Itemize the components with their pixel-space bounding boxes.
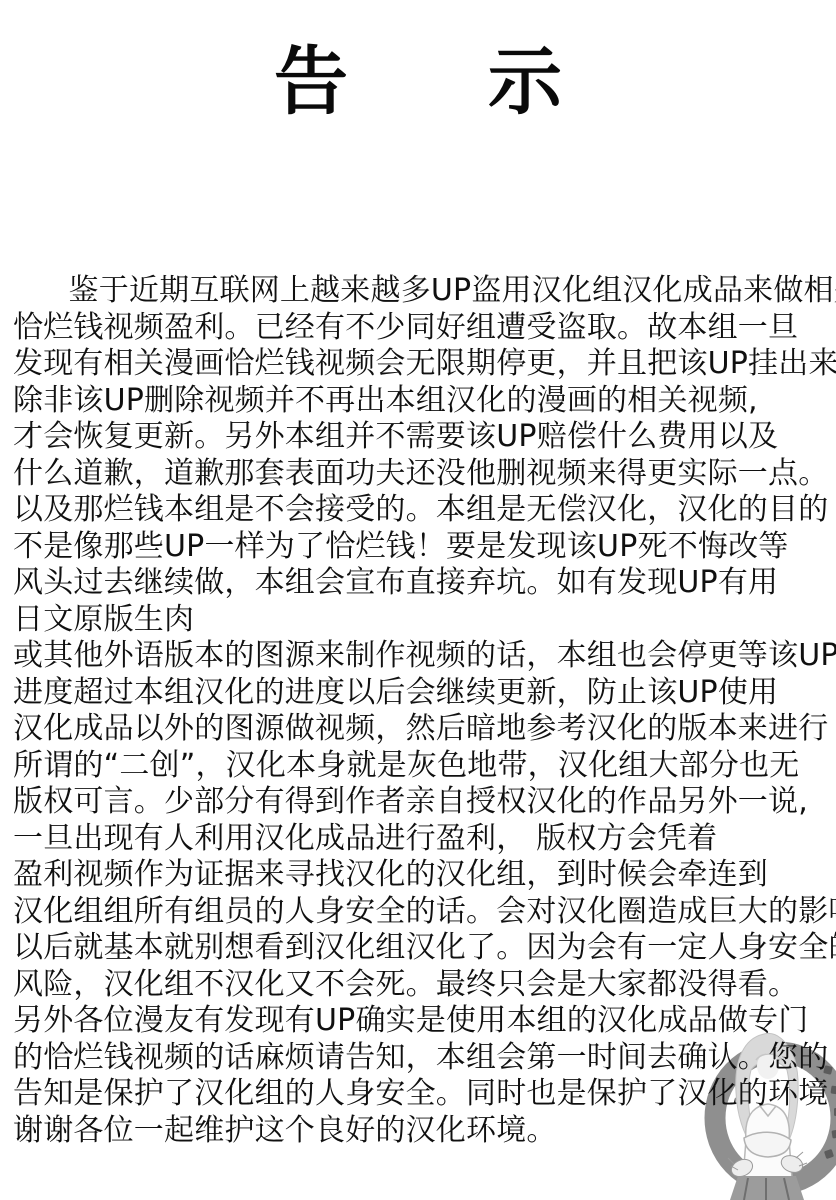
notice-body: 鉴于近期互联网上越来越多UP盗用汉化组汉化成品来做相关 恰烂钱视频盈利。已经有不… [0,273,836,1149]
notice-line: 盈利视频作为证据来寻找汉化的汉化组，到时候会牵连到 [13,857,834,894]
notice-line: 风险，汉化组不汉化又不会死。最终只会是大家都没得看。 [13,967,834,1004]
notice-line: 发现有相关漫画恰烂钱视频会无限期停更，并且把该UP挂出来, [13,346,834,383]
notice-line: 鉴于近期互联网上越来越多UP盗用汉化组汉化成品来做相关 [13,273,834,310]
notice-line: 恰烂钱视频盈利。已经有不少同好组遭受盗取。故本组一旦 [13,310,834,347]
notice-page: 告 示 鉴于近期互联网 [0,0,836,1200]
notice-line: 所谓的“二创”，汉化本身就是灰色地带，汉化组大部分也无 [13,748,834,785]
notice-line: 才会恢复更新。另外本组并不需要该UP赔偿什么费用以及 [13,419,834,456]
notice-line: 进度超过本组汉化的进度以后会继续更新，防止该UP使用 [13,675,834,712]
notice-line: 什么道歉，道歉那套表面功夫还没他删视频来得更实际一点。 [13,456,834,493]
notice-line: 谢谢各位一起维护这个良好的汉化环境。 [13,1113,834,1150]
notice-line: 一旦出现有人利用汉化成品进行盈利， 版权方会凭着 [13,821,834,858]
notice-line: 风头过去继续做，本组会宣布直接弃坑。如有发现UP有用 [13,565,834,602]
notice-line: 以后就基本就别想看到汉化组汉化了。因为会有一定人身安全的 [13,930,834,967]
page-title: 告 示 [0,44,836,122]
page-title-char-left: 告 [274,44,348,122]
notice-line: 版权可言。少部分有得到作者亲自授权汉化的作品另外一说, [13,784,834,821]
page-title-char-right: 示 [488,44,562,122]
notice-line: 告知是保护了汉化组的人身安全。同时也是保护了汉化的环境 [13,1076,834,1113]
notice-line: 汉化组组所有组员的人身安全的话。会对汉化圈造成巨大的影响, [13,894,834,931]
notice-line: 不是像那些UP一样为了恰烂钱！要是发现该UP死不悔改等 [13,529,834,566]
notice-line: 的恰烂钱视频的话麻烦请告知，本组会第一时间去确认。您的 [13,1040,834,1077]
notice-line: 另外各位漫友有发现有UP确实是使用本组的汉化成品做专门 [13,1003,834,1040]
notice-line: 除非该UP删除视频并不再出本组汉化的漫画的相关视频, [13,383,834,420]
notice-line: 日文原版生肉 [13,602,834,639]
notice-line: 或其他外语版本的图源来制作视频的话，本组也会停更等该UP的 [13,638,834,675]
notice-line: 汉化成品以外的图源做视频，然后暗地参考汉化的版本来进行 [13,711,834,748]
notice-line: 以及那烂钱本组是不会接受的。本组是无偿汉化，汉化的目的 [13,492,834,529]
